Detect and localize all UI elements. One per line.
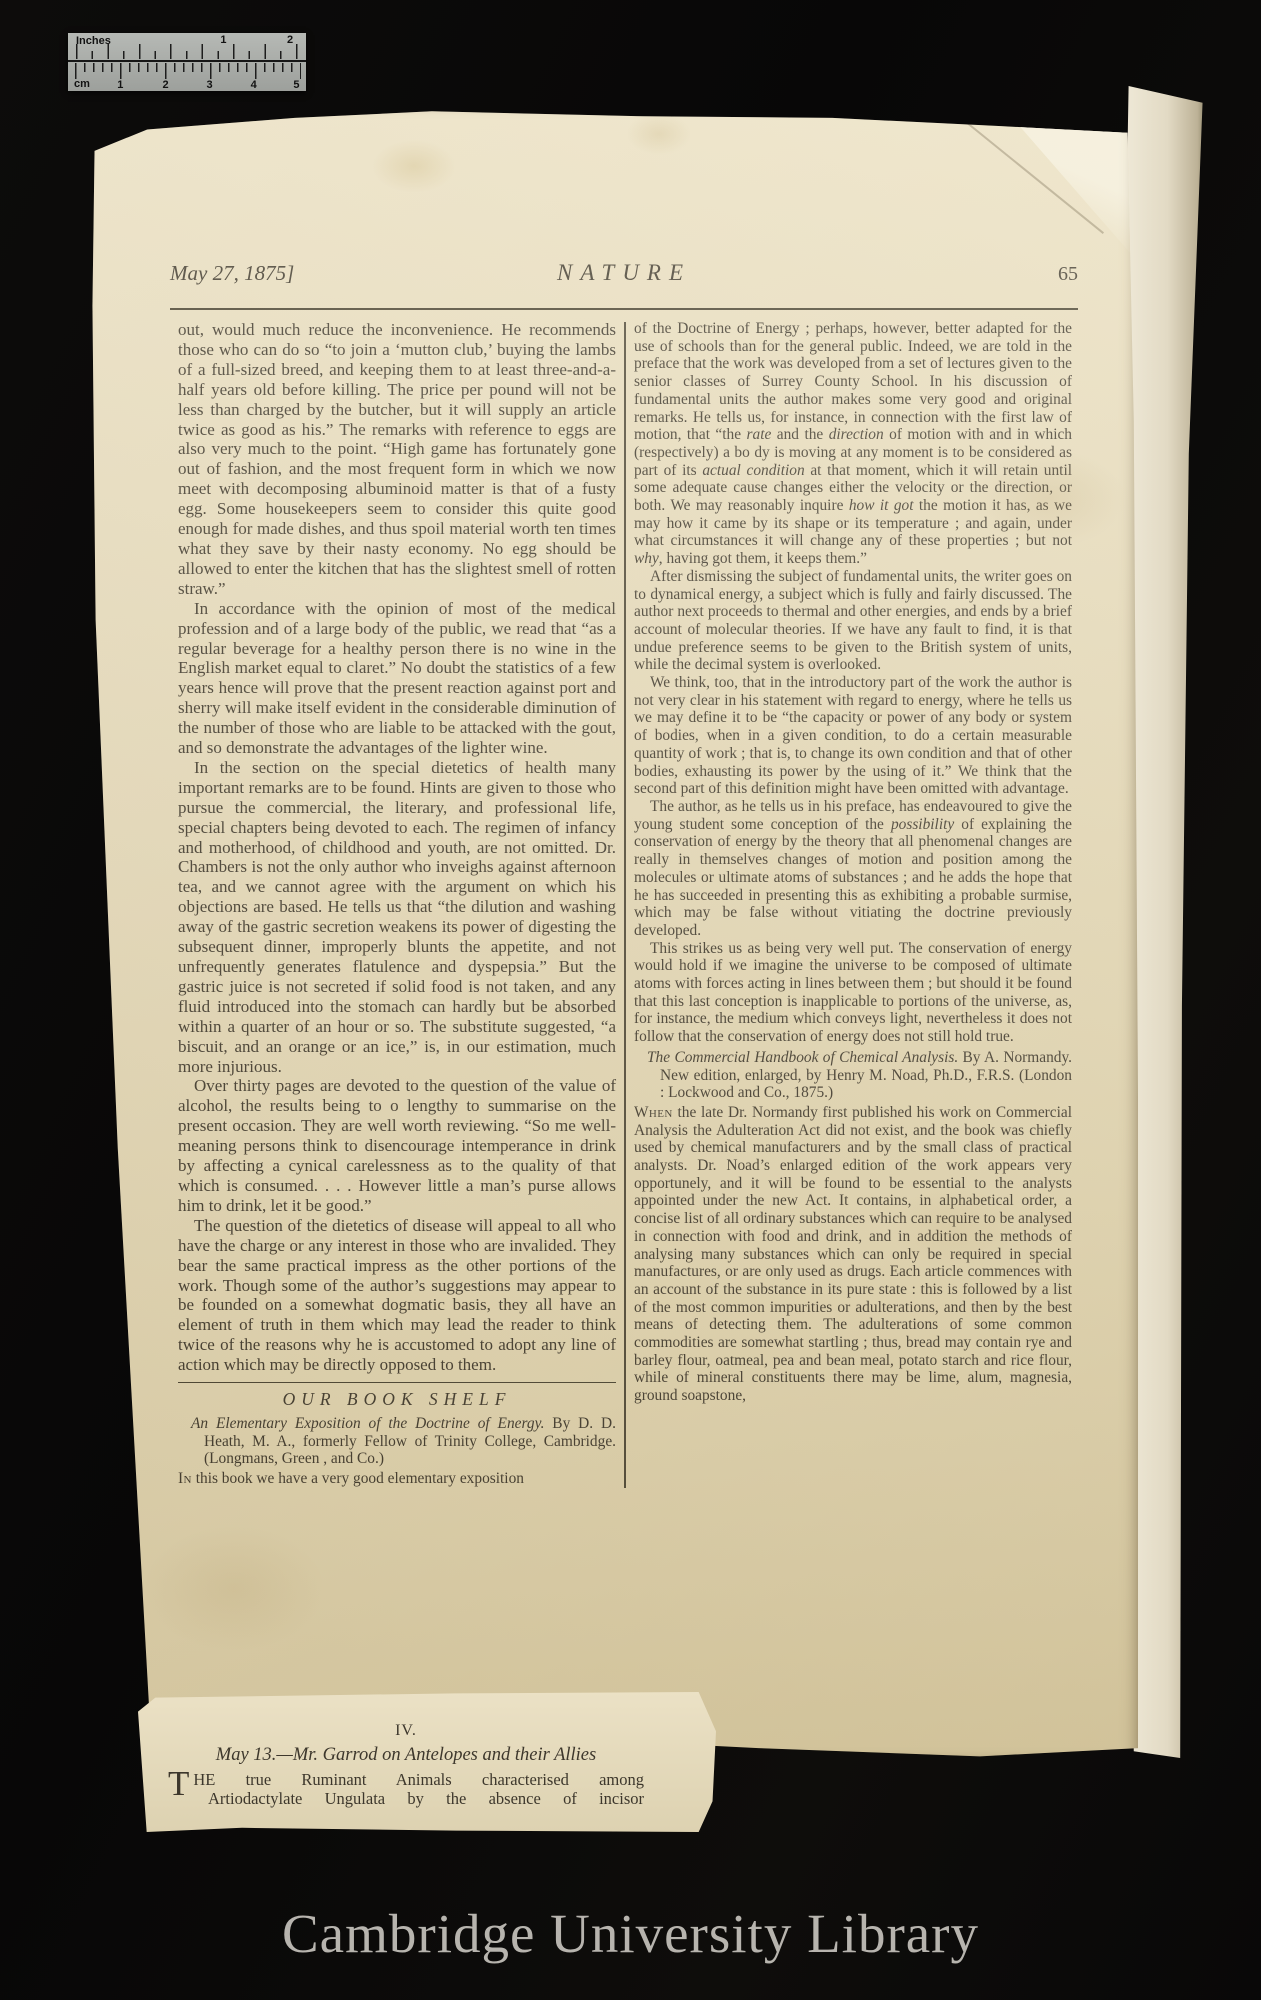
header-rule <box>170 308 1078 310</box>
paragraph: When the late Dr. Normandy first publish… <box>634 1104 1072 1405</box>
section-rule <box>178 1382 616 1383</box>
paragraph: The author, as he tells us in his prefac… <box>634 798 1072 940</box>
text-segment: After dismissing the subject of fundamen… <box>634 568 1072 674</box>
fragment-content: IV. May 13.—Mr. Garrod on Antelopes and … <box>168 1722 644 1808</box>
right-column: of the Doctrine of Energy ; perhaps, how… <box>634 320 1072 1488</box>
book-citation: An Elementary Exposition of the Doctrine… <box>178 1415 616 1468</box>
text-segment: In <box>178 1470 192 1487</box>
journal-page: May 27, 1875] NATURE 65 out, would much … <box>84 108 1138 1758</box>
text-segment: An Elementary Exposition of the Doctrine… <box>191 1415 544 1432</box>
text-segment: how it got <box>849 497 914 514</box>
text-segment: and the <box>771 426 828 443</box>
library-watermark: Cambridge University Library <box>0 1902 1261 1965</box>
ruler-cm-number: 3 <box>207 79 213 91</box>
ruler-cm-major-ticks <box>75 63 301 79</box>
page-number: 65 <box>775 263 1078 286</box>
text-segment: We think, too, that in the introductory … <box>634 674 1072 797</box>
journal-title: NATURE <box>473 260 776 286</box>
page-corner-fold <box>1016 122 1138 262</box>
text-segment: this book we have a very good elementary… <box>192 1470 524 1487</box>
paragraph: After dismissing the subject of fundamen… <box>634 568 1072 674</box>
left-column: out, would much reduce the inconvenience… <box>178 320 616 1488</box>
ruler-cm-label: cm <box>74 78 90 90</box>
fragment-section-numeral: IV. <box>168 1722 644 1740</box>
book-citation: The Commercial Handbook of Chemical Anal… <box>634 1049 1072 1102</box>
paragraph: Over thirty pages are devoted to the que… <box>178 1076 616 1215</box>
ruler-cm-number: 1 <box>117 79 123 91</box>
text-segment: In the section on the special dietetics … <box>178 758 616 1076</box>
text-segment: The question of the dietetics of disease… <box>178 1216 616 1374</box>
text-segment: OUR BOOK SHELF <box>283 1389 512 1409</box>
page-header: May 27, 1875] NATURE 65 <box>170 260 1078 286</box>
text-segment: In accordance with the opinion of most o… <box>178 599 616 757</box>
ruler-half-ticks <box>76 44 301 59</box>
text-segment: of explaining the conservation of energy… <box>634 816 1072 939</box>
paragraph: The question of the dietetics of disease… <box>178 1216 616 1375</box>
text-segment: direction <box>829 426 884 443</box>
text-segment: actual condition <box>702 462 804 479</box>
text-segment: This strikes us as being very well put. … <box>634 940 1072 1046</box>
paragraph: In the section on the special dietetics … <box>178 758 616 1077</box>
column-divider-rule <box>624 322 626 1488</box>
photographic-ruler: Inches 1 2 cm 1 2 3 4 5 <box>68 33 306 91</box>
text-segment: Over thirty pages are devoted to the que… <box>178 1076 616 1214</box>
text-segment: , having got them, it keeps them.” <box>659 550 867 567</box>
paragraph: We think, too, that in the introductory … <box>634 674 1072 798</box>
ruler-cm-scale: cm 1 2 3 4 5 <box>68 62 306 91</box>
issue-date: May 27, 1875] <box>170 261 473 286</box>
text-segment: rate <box>747 426 772 443</box>
fragment-dropcap: T <box>168 1770 193 1798</box>
text-segment: the late Dr. Normandy first published hi… <box>634 1104 1072 1404</box>
ruler-cm-number: 5 <box>293 79 299 91</box>
text-segment: possibility <box>891 816 954 833</box>
text-segment: why <box>634 550 659 567</box>
text-segment: out, would much reduce the inconvenience… <box>178 320 616 598</box>
fragment-text-line-cut: Artiodactylate Ungulata by the absence o… <box>168 1789 644 1808</box>
paragraph: This strikes us as being very well put. … <box>634 940 1072 1046</box>
underlying-page-fragment: IV. May 13.—Mr. Garrod on Antelopes and … <box>138 1692 716 1832</box>
ruler-inch-scale: Inches 1 2 <box>68 33 306 60</box>
paragraph: In this book we have a very good element… <box>178 1470 616 1488</box>
ruler-cm-number: 4 <box>251 79 257 91</box>
text-columns: out, would much reduce the inconvenience… <box>178 320 1074 1488</box>
fragment-article-title: May 13.—Mr. Garrod on Antelopes and thei… <box>168 1745 644 1766</box>
paragraph: In accordance with the opinion of most o… <box>178 599 616 758</box>
book-shelf-heading: OUR BOOK SHELF <box>178 1389 616 1410</box>
fragment-line-text: HE true Ruminant Animals characterised a… <box>193 1770 644 1789</box>
text-segment: When <box>634 1104 673 1121</box>
text-segment: of the Doctrine of Energy ; perhaps, how… <box>634 320 1072 443</box>
scan-canvas: Inches 1 2 cm 1 2 3 4 5 May 27, 1875] NA… <box>0 0 1261 2000</box>
fragment-text-line: THE true Ruminant Animals characterised … <box>168 1770 644 1789</box>
ruler-cm-number: 2 <box>163 79 169 91</box>
paragraph: of the Doctrine of Energy ; perhaps, how… <box>634 320 1072 568</box>
text-segment: The Commercial Handbook of Chemical Anal… <box>647 1049 958 1066</box>
paragraph: out, would much reduce the inconvenience… <box>178 320 616 599</box>
